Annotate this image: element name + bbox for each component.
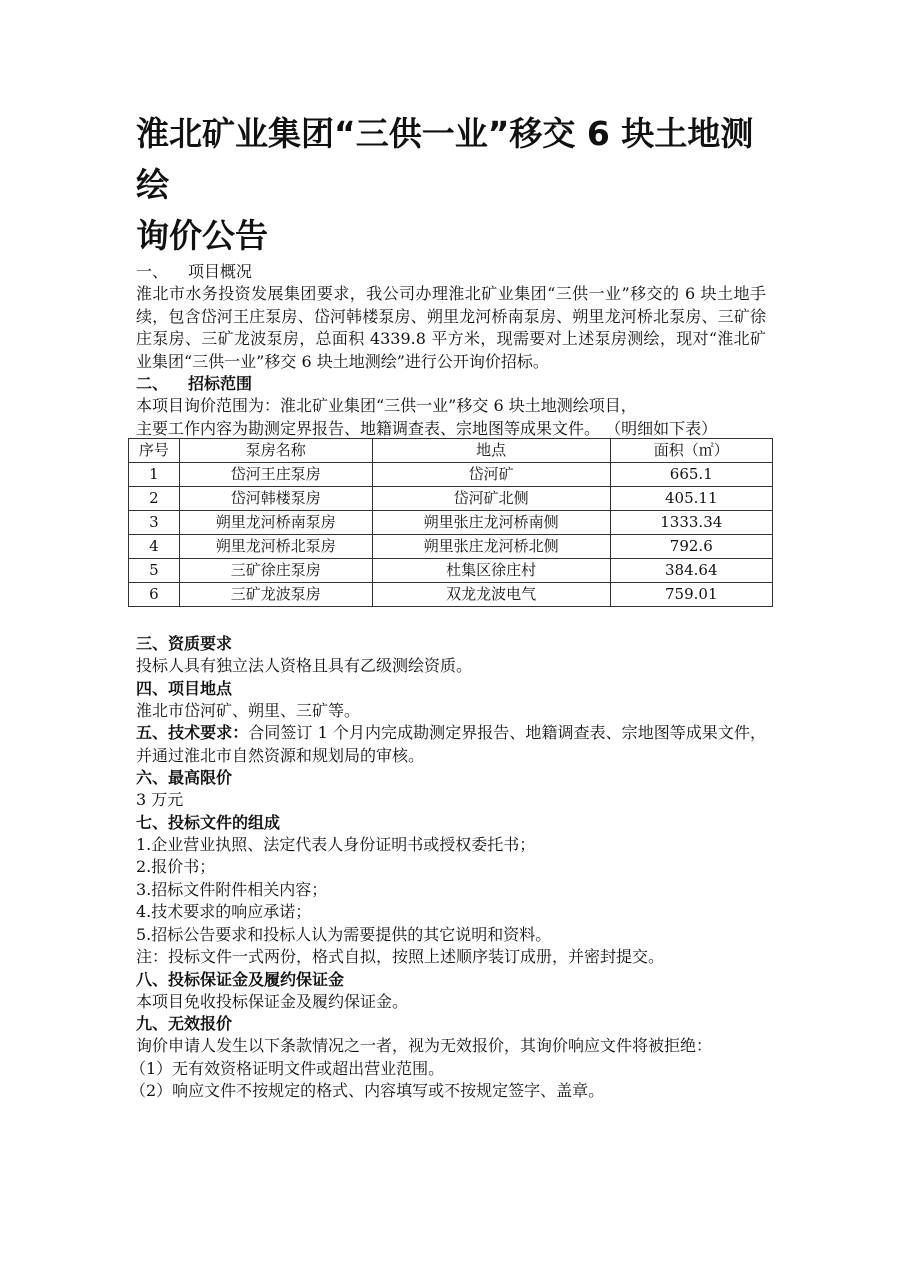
cell-no: 3	[129, 511, 180, 535]
cell-name: 岱河王庄泵房	[179, 463, 372, 487]
document-lower-sections: 三、资质要求 投标人具有独立法人资格且具有乙级测绘资质。 四、项目地点 淮北市岱…	[136, 633, 776, 1103]
section-7-item: 4.技术要求的响应承诺；	[136, 901, 776, 924]
section-5: 五、技术要求：合同签订 1 个月内完成勘测定界报告、地籍调查表、宗地图等成果文件…	[136, 722, 766, 767]
section-9-heading: 九、无效报价	[136, 1013, 776, 1035]
section-8-heading: 八、投标保证金及履约保证金	[136, 969, 776, 991]
section-2-body-line-1: 本项目询价范围为：淮北矿业集团“三供一业”移交 6 块土地测绘项目，	[136, 395, 776, 418]
section-9-body: 询价申请人发生以下条款情况之一者，视为无效报价，其询价响应文件将被拒绝：	[136, 1035, 741, 1058]
table-row: 6 三矿龙波泵房 双龙龙波电气 759.01	[129, 583, 773, 607]
cell-no: 2	[129, 487, 180, 511]
cell-location: 岱河矿北侧	[372, 487, 610, 511]
section-2-heading: 二、招标范围	[136, 373, 776, 395]
section-1-body: 淮北市水务投资发展集团要求，我公司办理淮北矿业集团“三供一业”移交的 6 块土地…	[136, 283, 766, 373]
cell-name: 三矿龙波泵房	[179, 583, 372, 607]
table-row: 2 岱河韩楼泵房 岱河矿北侧 405.11	[129, 487, 773, 511]
cell-name: 岱河韩楼泵房	[179, 487, 372, 511]
cell-area: 384.64	[610, 559, 772, 583]
table-row: 3 朔里龙河桥南泵房 朔里张庄龙河桥南侧 1333.34	[129, 511, 773, 535]
pump-house-table: 序号 泵房名称 地点 面积（㎡） 1 岱河王庄泵房 岱河矿 665.1 2 岱河…	[128, 438, 773, 607]
section-7-note: 注：投标文件一式两份，格式自拟，按照上述顺序装订成册，并密封提交。	[136, 946, 776, 969]
section-9-item: （2）响应文件不按规定的格式、内容填写或不按规定签字、盖章。	[130, 1080, 776, 1103]
cell-area: 1333.34	[610, 511, 772, 535]
section-2-body-line-2: 主要工作内容为勘测定界报告、地籍调查表、宗地图等成果文件。 （明细如下表）	[136, 418, 766, 441]
cell-no: 4	[129, 535, 180, 559]
cell-area: 759.01	[610, 583, 772, 607]
table-row: 1 岱河王庄泵房 岱河矿 665.1	[129, 463, 773, 487]
table-row: 5 三矿徐庄泵房 杜集区徐庄村 384.64	[129, 559, 773, 583]
cell-name: 朔里龙河桥北泵房	[179, 535, 372, 559]
section-7-item: 1.企业营业执照、法定代表人身份证明书或授权委托书；	[136, 834, 776, 857]
document-title: 淮北矿业集团“三供一业”移交 6 块土地测绘 询价公告	[136, 108, 776, 261]
cell-area: 792.6	[610, 535, 772, 559]
cell-name: 三矿徐庄泵房	[179, 559, 372, 583]
table-row: 4 朔里龙河桥北泵房 朔里张庄龙河桥北侧 792.6	[129, 535, 773, 559]
cell-no: 6	[129, 583, 180, 607]
header-location: 地点	[372, 439, 610, 463]
cell-area: 405.11	[610, 487, 772, 511]
title-line-2: 询价公告	[136, 216, 268, 255]
section-4-heading: 四、项目地点	[136, 678, 776, 700]
section-4-body: 淮北市岱河矿、朔里、三矿等。	[136, 700, 776, 723]
cell-no: 1	[129, 463, 180, 487]
document-page: 淮北矿业集团“三供一业”移交 6 块土地测绘 询价公告 一、项目概况 淮北市水务…	[136, 108, 776, 440]
section-6-heading: 六、最高限价	[136, 767, 776, 789]
header-name: 泵房名称	[179, 439, 372, 463]
table-header-row: 序号 泵房名称 地点 面积（㎡）	[129, 439, 773, 463]
section-7-item: 2.报价书；	[136, 856, 776, 879]
section-3-heading: 三、资质要求	[136, 633, 776, 655]
section-1-heading: 一、项目概况	[136, 261, 776, 283]
section-7-heading: 七、投标文件的组成	[136, 812, 776, 834]
cell-location: 岱河矿	[372, 463, 610, 487]
section-7-item: 3.招标文件附件相关内容；	[136, 879, 776, 902]
section-7-item: 5.招标公告要求和投标人认为需要提供的其它说明和资料。	[136, 924, 776, 947]
cell-location: 杜集区徐庄村	[372, 559, 610, 583]
header-no: 序号	[129, 439, 180, 463]
title-line-1: 淮北矿业集团“三供一业”移交 6 块土地测绘	[136, 114, 753, 204]
cell-area: 665.1	[610, 463, 772, 487]
cell-name: 朔里龙河桥南泵房	[179, 511, 372, 535]
header-area: 面积（㎡）	[610, 439, 772, 463]
cell-location: 双龙龙波电气	[372, 583, 610, 607]
cell-location: 朔里张庄龙河桥南侧	[372, 511, 610, 535]
cell-no: 5	[129, 559, 180, 583]
section-6-body: 3 万元	[136, 789, 776, 812]
section-8-body: 本项目免收投标保证金及履约保证金。	[136, 991, 776, 1014]
section-5-heading: 五、技术要求：	[136, 723, 248, 742]
section-3-body: 投标人具有独立法人资格且具有乙级测绘资质。	[136, 655, 776, 678]
section-9-item: （1）无有效资格证明文件或超出营业范围。	[130, 1058, 776, 1081]
cell-location: 朔里张庄龙河桥北侧	[372, 535, 610, 559]
